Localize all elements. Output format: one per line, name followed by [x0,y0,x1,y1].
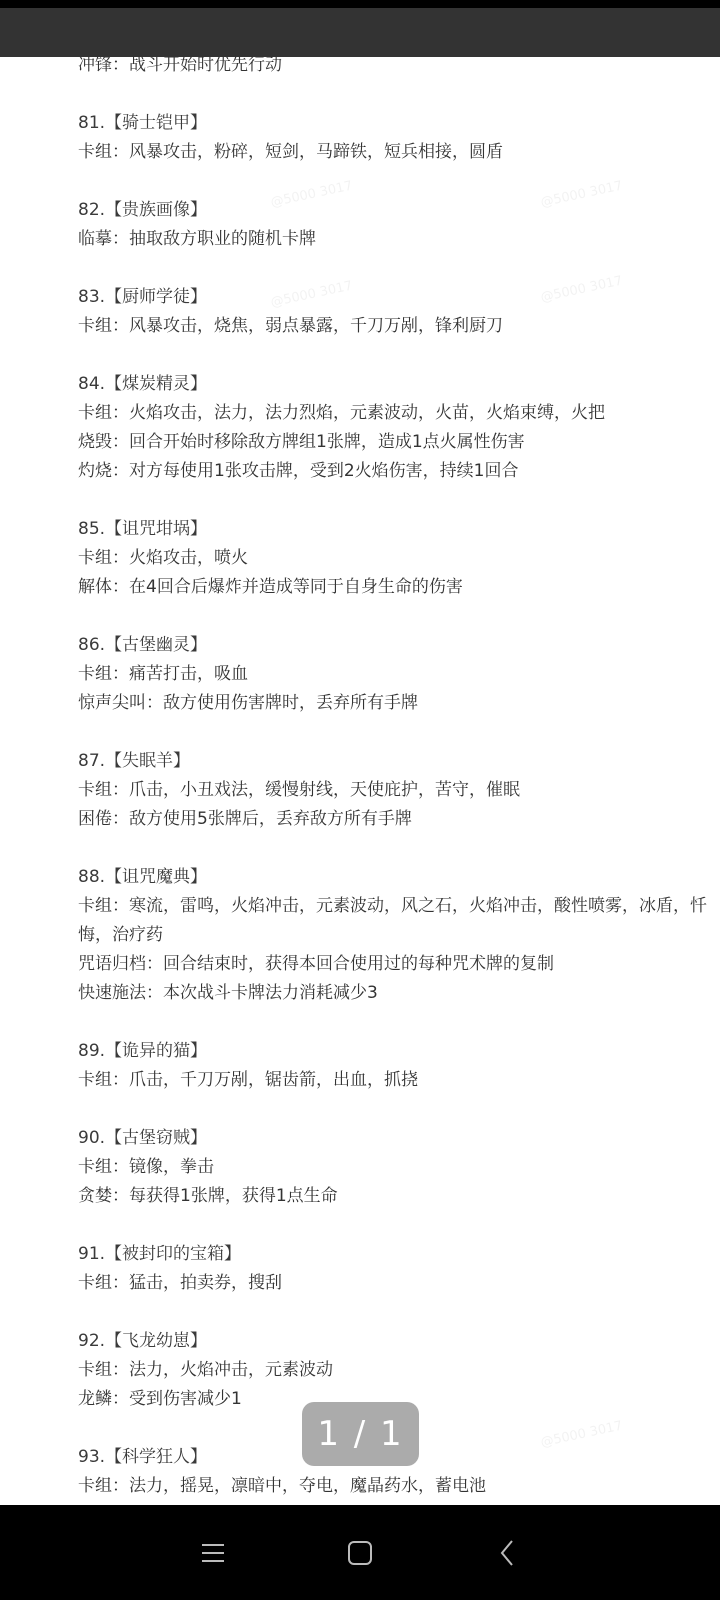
entry-line: 临摹：抽取敌方职业的随机卡牌 [78,225,708,254]
entry-title: 83.【厨师学徒】 [78,283,708,312]
entry-83: 83.【厨师学徒】 卡组：风暴攻击，烧焦，弱点暴露，千刀万剐，锋利厨刀 [78,283,708,341]
entry-title: 88.【诅咒魔典】 [78,863,708,892]
system-nav-bar [0,1505,720,1600]
entry-title: 89.【诡异的猫】 [78,1037,708,1066]
entry-line: 灼烧：对方每使用1张攻击牌，受到2火焰伤害，持续1回合 [78,457,708,486]
entry-89: 89.【诡异的猫】 卡组：爪击，千刀万剐，锯齿箭，出血，抓挠 [78,1037,708,1095]
entry-line: 卡组：火焰攻击，法力，法力烈焰，元素波动，火苗，火焰束缚，火把 [78,399,708,428]
entry-line: 卡组：爪击，小丑戏法，缓慢射线，天使庇护，苦守，催眠 [78,776,708,805]
entry-82: 82.【贵族画像】 临摹：抽取敌方职业的随机卡牌 [78,196,708,254]
entry-title: 86.【古堡幽灵】 [78,631,708,660]
home-icon [347,1540,373,1566]
entry-90: 90.【古堡窃贼】 卡组：镜像，拳击 贪婪：每获得1张牌，获得1点生命 [78,1124,708,1211]
entry-title: 90.【古堡窃贼】 [78,1124,708,1153]
entry-91: 91.【被封印的宝箱】 卡组：猛击，拍卖券，搜刮 [78,1240,708,1298]
page-indicator: 1 / 1 [302,1402,419,1466]
entry-87: 87.【失眠羊】 卡组：爪击，小丑戏法，缓慢射线，天使庇护，苦守，催眠 困倦：敌… [78,747,708,834]
entry-line: 卡组：风暴攻击，烧焦，弱点暴露，千刀万剐，锋利厨刀 [78,312,708,341]
entry-line: 卡组：爪击，千刀万剐，锯齿箭，出血，抓挠 [78,1066,708,1095]
entry-88: 88.【诅咒魔典】 卡组：寒流，雷鸣，火焰冲击，元素波动，风之石，火焰冲击，酸性… [78,863,708,1008]
entry-title: 84.【煤炭精灵】 [78,370,708,399]
status-bar [0,0,720,8]
entry-line: 快速施法：本次战斗卡牌法力消耗减少3 [78,979,708,1008]
entry-line: 卡组：镜像，拳击 [78,1153,708,1182]
entry-line: 卡组：猛击，拍卖券，搜刮 [78,1269,708,1298]
document-text: 冲锋：战斗开始时优先行动 81.【骑士铠甲】 卡组：风暴攻击，粉碎，短剑，马蹄铁… [78,57,708,1505]
entry-84: 84.【煤炭精灵】 卡组：火焰攻击，法力，法力烈焰，元素波动，火苗，火焰束缚，火… [78,370,708,486]
intro-entry: 冲锋：战斗开始时优先行动 [78,57,708,80]
recent-apps-button[interactable] [183,1528,243,1578]
entry-title: 81.【骑士铠甲】 [78,109,708,138]
entry-92: 92.【飞龙幼崽】 卡组：法力，火焰冲击，元素波动 龙鳞：受到伤害减少1 [78,1327,708,1414]
entry-title: 92.【飞龙幼崽】 [78,1327,708,1356]
entry-line: 咒语归档：回合结束时，获得本回合使用过的每种咒术牌的复制 [78,950,708,979]
back-icon [498,1539,516,1567]
entry-title: 82.【贵族画像】 [78,196,708,225]
entry-line: 卡组：法力，火焰冲击，元素波动 [78,1356,708,1385]
entry-title: 87.【失眠羊】 [78,747,708,776]
entry-line: 卡组：火焰攻击，喷火 [78,544,708,573]
entry-line: 卡组：寒流，雷鸣，火焰冲击，元素波动，风之石，火焰冲击，酸性喷雾，冰盾，忏悔，治… [78,892,708,950]
home-button[interactable] [330,1528,390,1578]
image-viewer[interactable]: @5000 3017 @5000 3017 @5000 3017 @5000 3… [0,57,720,1505]
entry-line: 卡组：风暴攻击，粉碎，短剑，马蹄铁，短兵相接，圆盾 [78,138,708,167]
back-button[interactable] [477,1528,537,1578]
entry-line: 困倦：敌方使用5张牌后，丢弃敌方所有手牌 [78,805,708,834]
entry-line: 卡组：法力，摇晃，凛暗中，夺电，魔晶药水，蓄电池 [78,1472,708,1501]
entry-line: 解体：在4回合后爆炸并造成等同于自身生命的伤害 [78,573,708,602]
entry-line: 贪婪：每获得1张牌，获得1点生命 [78,1182,708,1211]
entry-line: 惊声尖叫：敌方使用伤害牌时，丢弃所有手牌 [78,689,708,718]
entry-line: 冲锋：战斗开始时优先行动 [78,57,708,80]
entry-81: 81.【骑士铠甲】 卡组：风暴攻击，粉碎，短剑，马蹄铁，短兵相接，圆盾 [78,109,708,167]
entry-title: 85.【诅咒坩埚】 [78,515,708,544]
menu-icon [200,1542,226,1564]
entry-line: 卡组：痛苦打击，吸血 [78,660,708,689]
viewer-top-bar [0,8,720,57]
entry-86: 86.【古堡幽灵】 卡组：痛苦打击，吸血 惊声尖叫：敌方使用伤害牌时，丢弃所有手… [78,631,708,718]
entry-title: 91.【被封印的宝箱】 [78,1240,708,1269]
entry-85: 85.【诅咒坩埚】 卡组：火焰攻击，喷火 解体：在4回合后爆炸并造成等同于自身生… [78,515,708,602]
entry-line: 烧毁：回合开始时移除敌方牌组1张牌，造成1点火属性伤害 [78,428,708,457]
